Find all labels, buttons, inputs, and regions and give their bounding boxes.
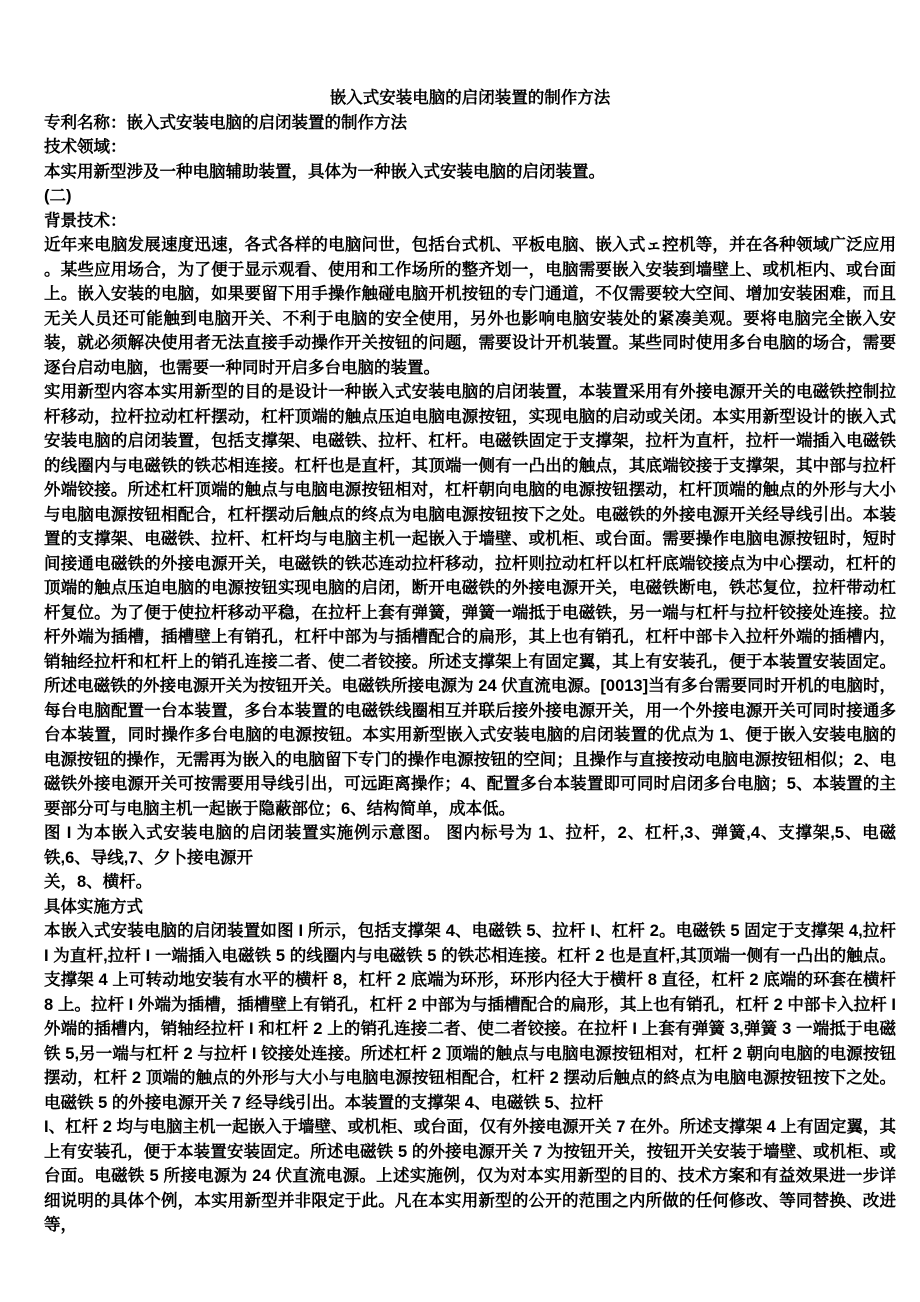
tech-field-heading: 技术领域： (44, 135, 896, 160)
implementation-paragraph-1: 本嵌入式安装电脑的启闭装置如图 I 所示，包括支撑架 4、电磁铁 5、拉杆 I、… (44, 919, 896, 1115)
tech-field-text: 本实用新型涉及一种电脑辅助装置，具体为一种嵌入式安装电脑的启闭装置。 (44, 160, 896, 185)
figure-caption-line-1: 图 I 为本嵌入式安装电脑的启闭装置实施例示意图。 图内标号为 1、拉杆，2、杠… (44, 821, 896, 870)
section-marker: (二) (44, 184, 896, 209)
patent-name-line: 专利名称：嵌入式安装电脑的启闭装置的制作方法 (44, 111, 896, 136)
document-title: 嵌入式安装电脑的启闭装置的制作方法 (44, 86, 896, 111)
background-heading: 背景技术： (44, 209, 896, 234)
implementation-paragraph-2: I、杠杆 2 均与电脑主机一起嵌入于墙壁、或机柜、或台面，仅有外接电源开关 7 … (44, 1115, 896, 1238)
implementation-heading: 具体实施方式 (44, 895, 896, 920)
background-paragraph: 近年来电脑发展速度迅速，各式各样的电脑问世，包括台式机、平板电脑、嵌入式ェ控机等… (44, 233, 896, 380)
summary-paragraph: 实用新型内容本实用新型的目的是设计一种嵌入式安装电脑的启闭装置，本装置采用有外接… (44, 380, 896, 821)
document-page: 嵌入式安装电脑的启闭装置的制作方法 专利名称：嵌入式安装电脑的启闭装置的制作方法… (0, 0, 920, 1302)
figure-caption-line-2: 关，8、横杆。 (44, 870, 896, 895)
